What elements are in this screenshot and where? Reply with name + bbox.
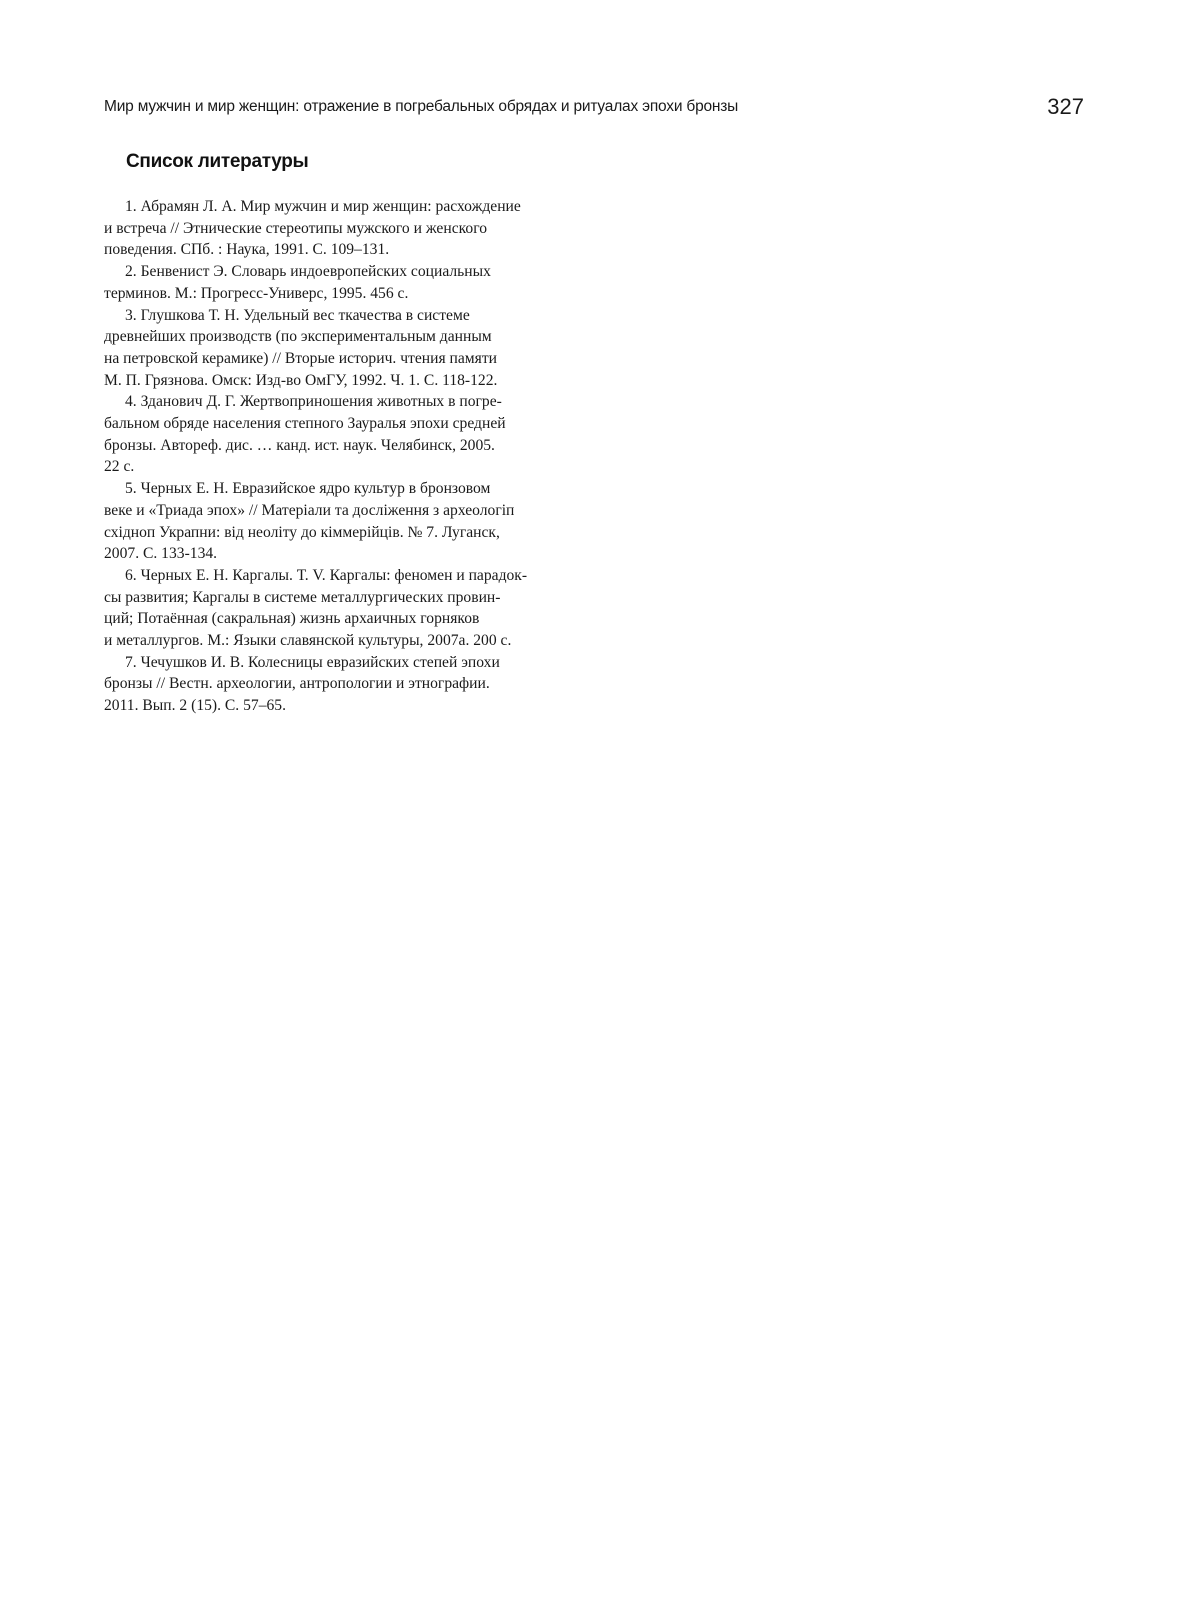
reference-item-7: 7. Чечушков И. В. Колесницы евразийских …: [104, 652, 584, 717]
reference-line: 2007. С. 133-134.: [104, 543, 584, 565]
reference-line: сы развития; Каргалы в системе металлург…: [104, 587, 584, 609]
reference-line: 1. Абрамян Л. А. Мир мужчин и мир женщин…: [104, 196, 584, 218]
reference-list: 1. Абрамян Л. А. Мир мужчин и мир женщин…: [104, 196, 584, 717]
reference-line: 3. Глушкова Т. Н. Удельный вес ткачества…: [104, 305, 584, 327]
reference-line: бальном обряде населения степного Заурал…: [104, 413, 584, 435]
reference-line: 6. Черных Е. Н. Каргалы. Т. V. Каргалы: …: [104, 565, 584, 587]
reference-line: 22 с.: [104, 456, 584, 478]
reference-line: М. П. Грязнова. Омск: Изд-во ОмГУ, 1992.…: [104, 370, 584, 392]
reference-line: 4. Зданович Д. Г. Жертвоприношения живот…: [104, 391, 584, 413]
reference-line: древнейших производств (по экспериментал…: [104, 326, 584, 348]
reference-item-4: 4. Зданович Д. Г. Жертвоприношения живот…: [104, 391, 584, 478]
reference-line: и металлургов. М.: Языки славянской куль…: [104, 630, 584, 652]
reference-line: схiдноп Украпни: вiд неолiту до кiммерiй…: [104, 522, 584, 544]
reference-line: поведения. СПб. : Наука, 1991. С. 109–13…: [104, 239, 584, 261]
reference-item-6: 6. Черных Е. Н. Каргалы. Т. V. Каргалы: …: [104, 565, 584, 652]
section-title: Список литературы: [126, 151, 308, 173]
page-number: 327: [1047, 94, 1084, 120]
reference-line: 7. Чечушков И. В. Колесницы евразийских …: [104, 652, 584, 674]
reference-line: бронзы // Вестн. археологии, антропологи…: [104, 673, 584, 695]
reference-line: ций; Потаённая (сакральная) жизнь архаич…: [104, 608, 584, 630]
reference-line: 2011. Вып. 2 (15). С. 57–65.: [104, 695, 584, 717]
reference-item-5: 5. Черных Е. Н. Евразийское ядро культур…: [104, 478, 584, 565]
running-title: Мир мужчин и мир женщин: отражение в пог…: [104, 98, 1089, 116]
reference-line: веке и «Триада эпох» // Матеріали та дос…: [104, 500, 584, 522]
reference-line: 2. Бенвенист Э. Словарь индоевропейских …: [104, 261, 584, 283]
reference-line: бронзы. Автореф. дис. … канд. ист. наук.…: [104, 435, 584, 457]
reference-item-2: 2. Бенвенист Э. Словарь индоевропейских …: [104, 261, 584, 304]
reference-line: 5. Черных Е. Н. Евразийское ядро культур…: [104, 478, 584, 500]
reference-item-1: 1. Абрамян Л. А. Мир мужчин и мир женщин…: [104, 196, 584, 261]
reference-line: и встреча // Этнические стереотипы мужск…: [104, 218, 584, 240]
reference-line: на петровской керамике) // Вторые истори…: [104, 348, 584, 370]
reference-line: терминов. М.: Прогресс-Универс, 1995. 45…: [104, 283, 584, 305]
reference-item-3: 3. Глушкова Т. Н. Удельный вес ткачества…: [104, 305, 584, 392]
